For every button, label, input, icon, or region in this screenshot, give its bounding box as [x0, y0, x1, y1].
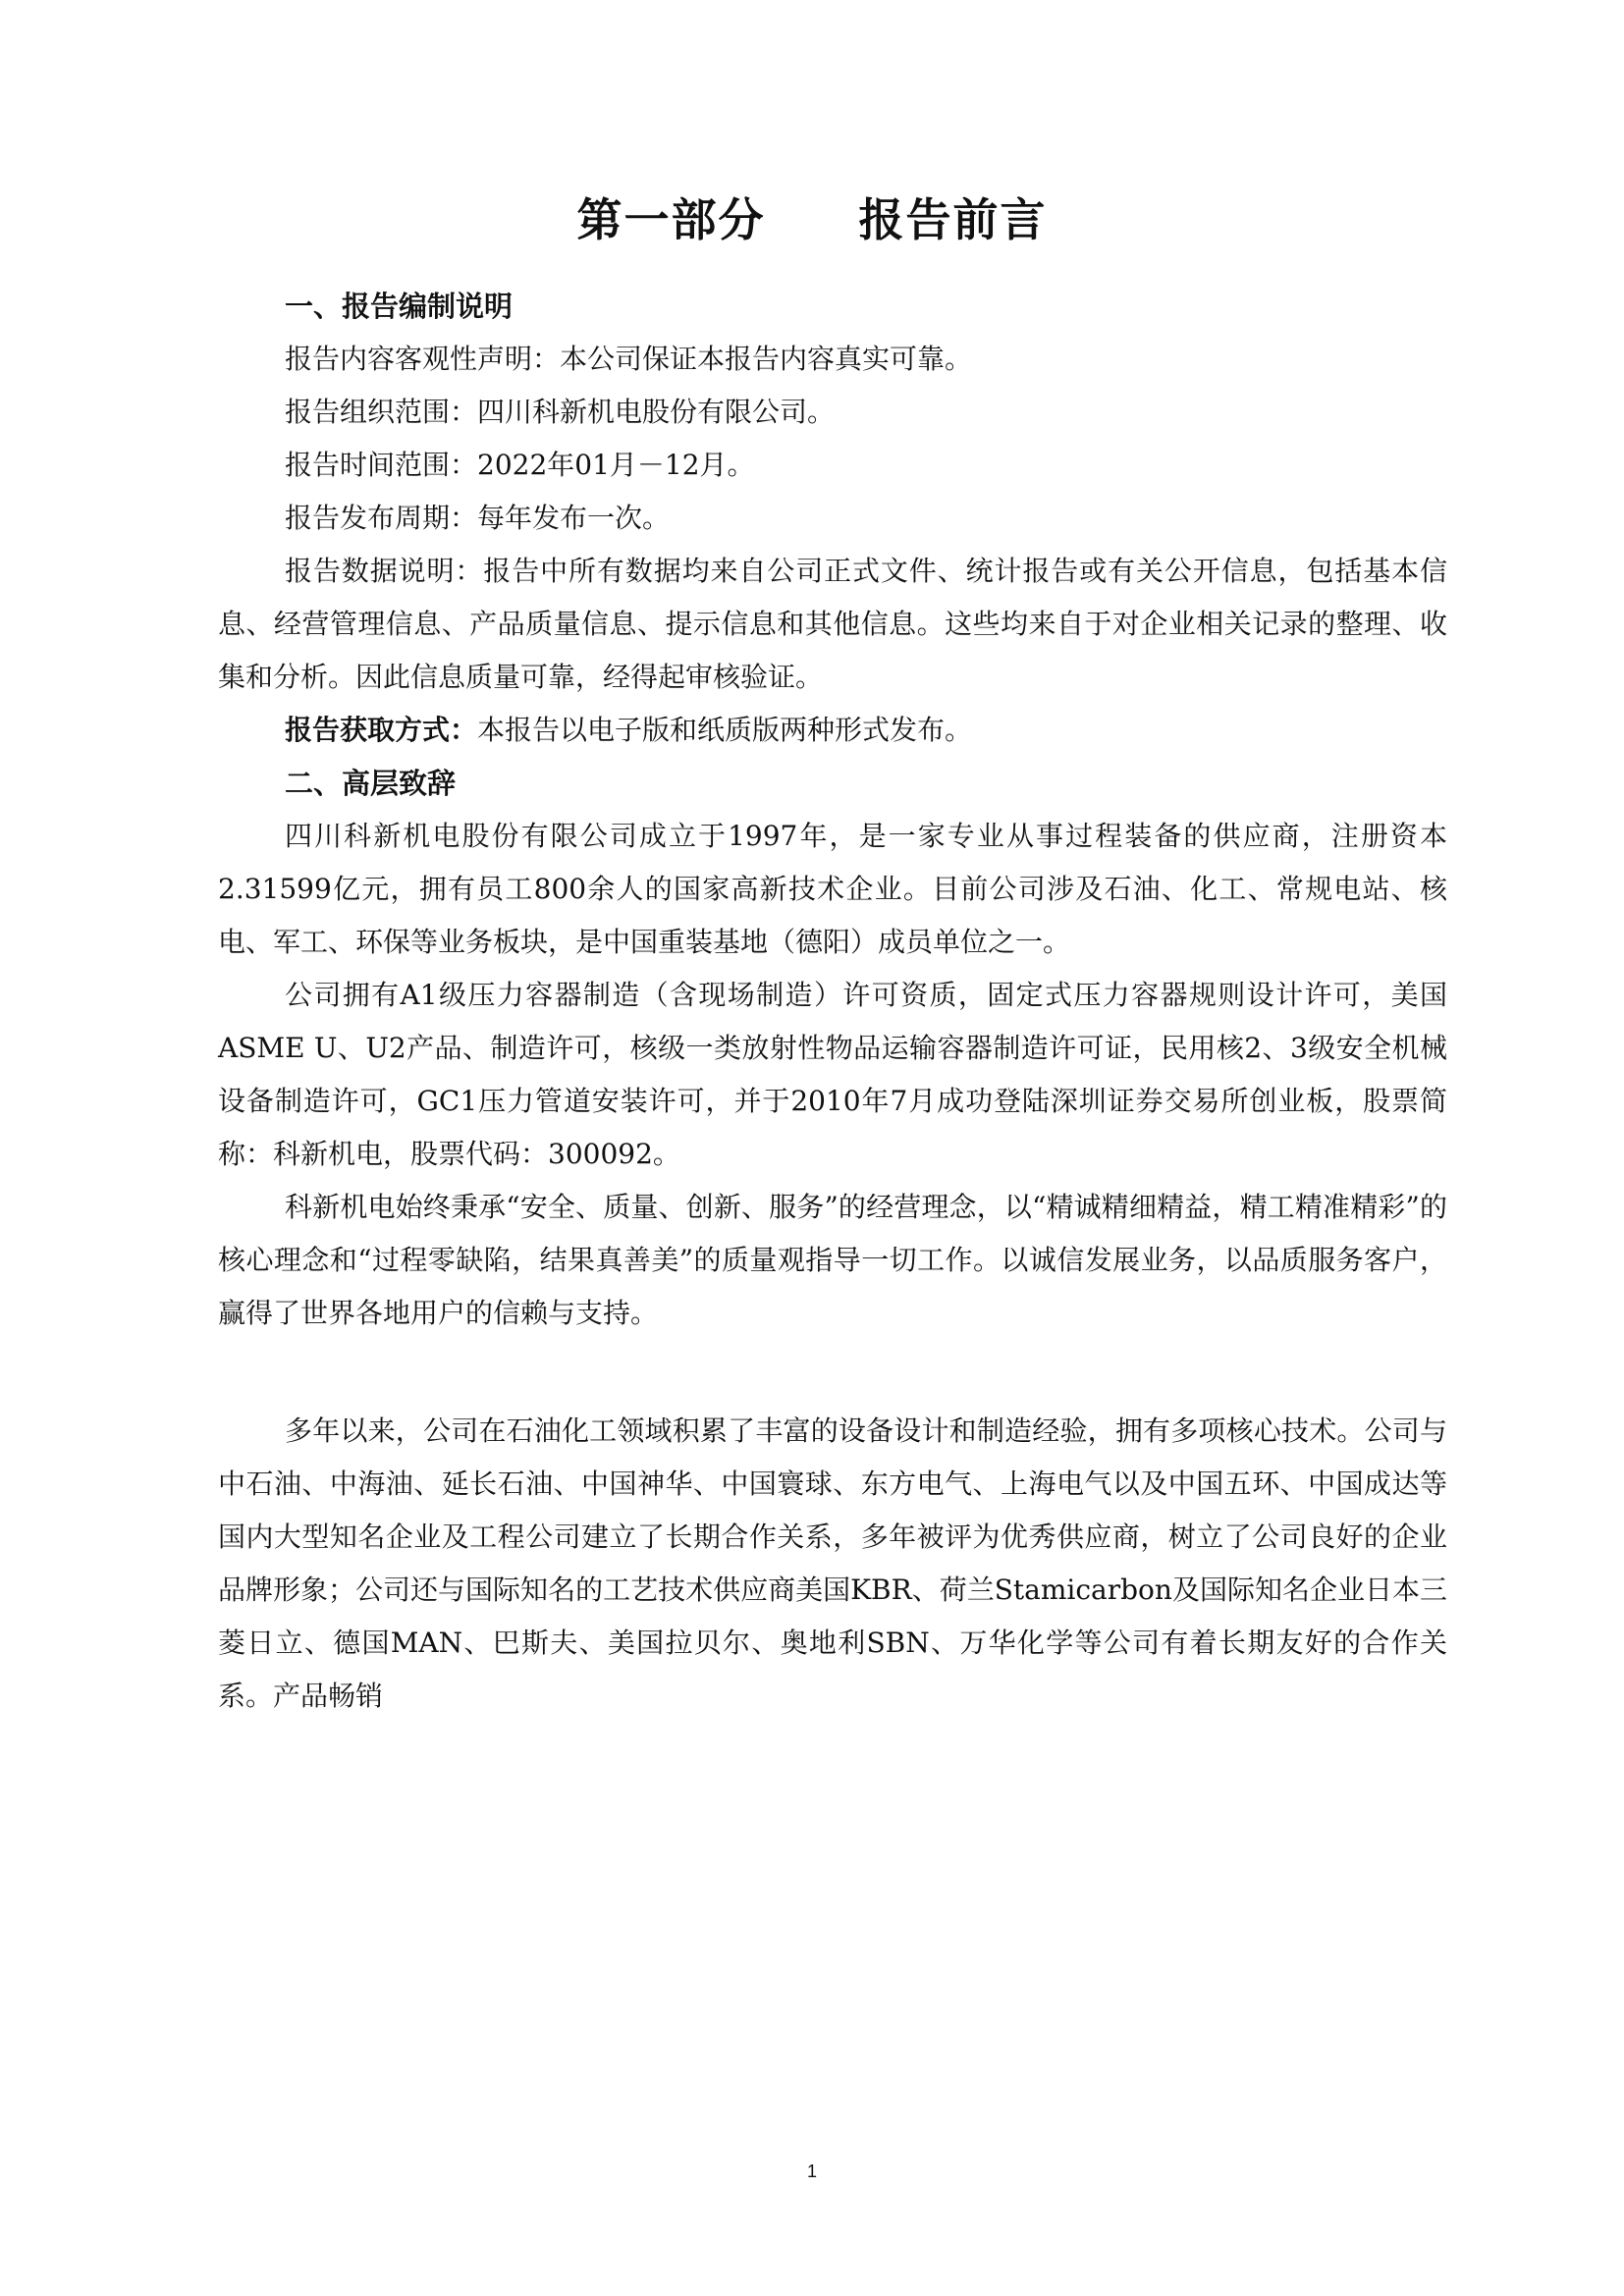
title-part: 第一部分 [577, 193, 766, 246]
document-page: 第一部分报告前言 一、报告编制说明 报告内容客观性声明：本公司保证本报告内容真实… [0, 0, 1624, 2296]
access-method-label: 报告获取方式： [285, 714, 477, 746]
paragraph-qualifications: 公司拥有A1级压力容器制造（含现场制造）许可资质，固定式压力容器规则设计许可，美… [218, 969, 1447, 1181]
access-method: 报告获取方式：本报告以电子版和纸质版两种形式发布。 [218, 704, 1447, 757]
access-method-text: 本报告以电子版和纸质版两种形式发布。 [477, 714, 972, 746]
paragraph-company-intro: 四川科新机电股份有限公司成立于1997年，是一家专业从事过程装备的供应商，注册资… [218, 810, 1447, 969]
time-range: 报告时间范围：2022年01月－12月。 [218, 439, 1447, 492]
title-name: 报告前言 [859, 193, 1048, 246]
page-number: 1 [0, 2162, 1624, 2182]
document-body: 一、报告编制说明 报告内容客观性声明：本公司保证本报告内容真实可靠。 报告组织范… [218, 280, 1447, 1723]
blank-line [218, 1340, 1447, 1405]
section-heading-compilation: 一、报告编制说明 [218, 280, 1447, 333]
paragraph-partnerships: 多年以来，公司在石油化工领域积累了丰富的设备设计和制造经验，拥有多项核心技术。公… [218, 1405, 1447, 1723]
objectivity-statement: 报告内容客观性声明：本公司保证本报告内容真实可靠。 [218, 333, 1447, 386]
section-heading-executive-message: 二、高层致辞 [218, 757, 1447, 810]
publication-cycle: 报告发布周期：每年发布一次。 [218, 492, 1447, 545]
page-title: 第一部分报告前言 [0, 185, 1624, 249]
organization-scope: 报告组织范围：四川科新机电股份有限公司。 [218, 386, 1447, 439]
data-description: 报告数据说明：报告中所有数据均来自公司正式文件、统计报告或有关公开信息，包括基本… [218, 545, 1447, 704]
paragraph-philosophy: 科新机电始终秉承“安全、质量、创新、服务”的经营理念，以“精诚精细精益，精工精准… [218, 1181, 1447, 1340]
